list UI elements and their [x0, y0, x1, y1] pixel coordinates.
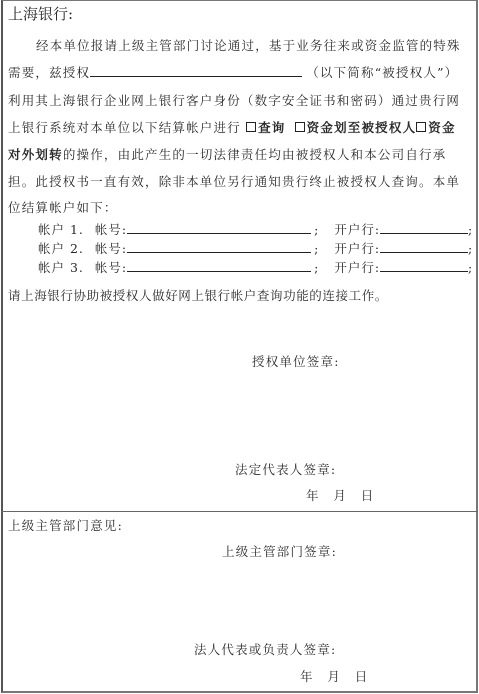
separator: ; — [314, 241, 319, 256]
supervisor-rep-seal-label: 法人代表或负责人签章: — [194, 640, 336, 658]
separator: ; — [314, 222, 319, 237]
checkbox-external-transfer[interactable] — [416, 122, 426, 132]
section-divider — [1, 511, 478, 512]
legal-rep-seal-label: 法定代表人签章: — [235, 460, 336, 478]
paragraph-line-6: 担。此授权书一直有效，除非本单位另行通知贵行终止被授权人查询。本单 — [8, 172, 460, 190]
date-line: 年 月 日 — [306, 486, 375, 504]
checkbox-query[interactable] — [246, 122, 256, 132]
paragraph-line-4: 上银行系统对本单位以下结算帐户进行 查询 资金划至被授权人资金 — [8, 118, 456, 136]
account-number-field[interactable] — [127, 259, 311, 272]
line4-prefix: 上银行系统对本单位以下结算帐户进行 — [8, 120, 246, 135]
account-number-label: 帐号: — [95, 222, 127, 237]
separator: ; — [314, 260, 319, 275]
bank-field[interactable] — [380, 259, 468, 272]
account-number-field[interactable] — [127, 221, 311, 234]
terminator: ; — [468, 222, 473, 237]
account-number-label: 帐号: — [95, 241, 127, 256]
supervisor-opinion-label: 上级主管部门意见: — [8, 516, 123, 534]
bank-field[interactable] — [380, 221, 468, 234]
terminator: ; — [468, 260, 473, 275]
bank-label: 开户行: — [334, 222, 380, 237]
bank-label: 开户行: — [334, 241, 380, 256]
checkbox-transfer-to-grantee[interactable] — [295, 122, 305, 132]
grantee-name-field[interactable] — [90, 64, 302, 77]
account-label: 帐户 3. — [38, 260, 84, 275]
paragraph-line-7: 位结算帐户如下： — [8, 198, 118, 216]
bank-label: 开户行: — [334, 260, 380, 275]
unit-seal-label: 授权单位签章: — [252, 352, 340, 370]
option-external-label-a: 资金 — [428, 120, 455, 135]
supervisor-seal-label: 上级主管部门签章: — [222, 542, 337, 560]
option-query-label: 查询 — [258, 120, 285, 135]
request-text: 请上海银行协助被授权人做好网上银行帐户查询功能的连接工作。 — [8, 286, 388, 304]
line5-suffix: 的操作，由此产生的一切法律责任均由被授权人和本公司自行承 — [63, 147, 447, 162]
addressee: 上海银行: — [8, 3, 73, 24]
option-external-label-b: 对外划转 — [8, 147, 63, 162]
account-row-1: 帐户 1. 帐号:; 开户行:; — [38, 220, 473, 238]
account-label: 帐户 1. — [38, 222, 84, 237]
supervisor-date-line: 年 月 日 — [300, 667, 369, 685]
account-row-2: 帐户 2. 帐号:; 开户行:; — [38, 239, 473, 257]
account-label: 帐户 2. — [38, 241, 84, 256]
option-transfer-to-label: 资金划至被授权人 — [307, 120, 417, 135]
line2-suffix: （以下简称“被授权人”） — [306, 65, 458, 80]
bank-field[interactable] — [380, 240, 468, 253]
account-row-3: 帐户 3. 帐号:; 开户行:; — [38, 258, 473, 276]
account-number-label: 帐号: — [95, 260, 127, 275]
line2-prefix: 需要，兹授权 — [8, 65, 90, 80]
terminator: ; — [468, 241, 473, 256]
paragraph-line-3: 利用其上海银行企业网上银行客户身份（数字安全证书和密码）通过贵行网 — [8, 91, 460, 109]
paragraph-line-5: 对外划转的操作，由此产生的一切法律责任均由被授权人和本公司自行承 — [8, 145, 446, 163]
paragraph-line-1: 经本单位报请上级主管部门讨论通过，基于业务往来或资金监管的特殊 — [36, 36, 461, 54]
account-number-field[interactable] — [127, 240, 311, 253]
paragraph-line-2: 需要，兹授权（以下简称“被授权人”） — [8, 63, 458, 81]
